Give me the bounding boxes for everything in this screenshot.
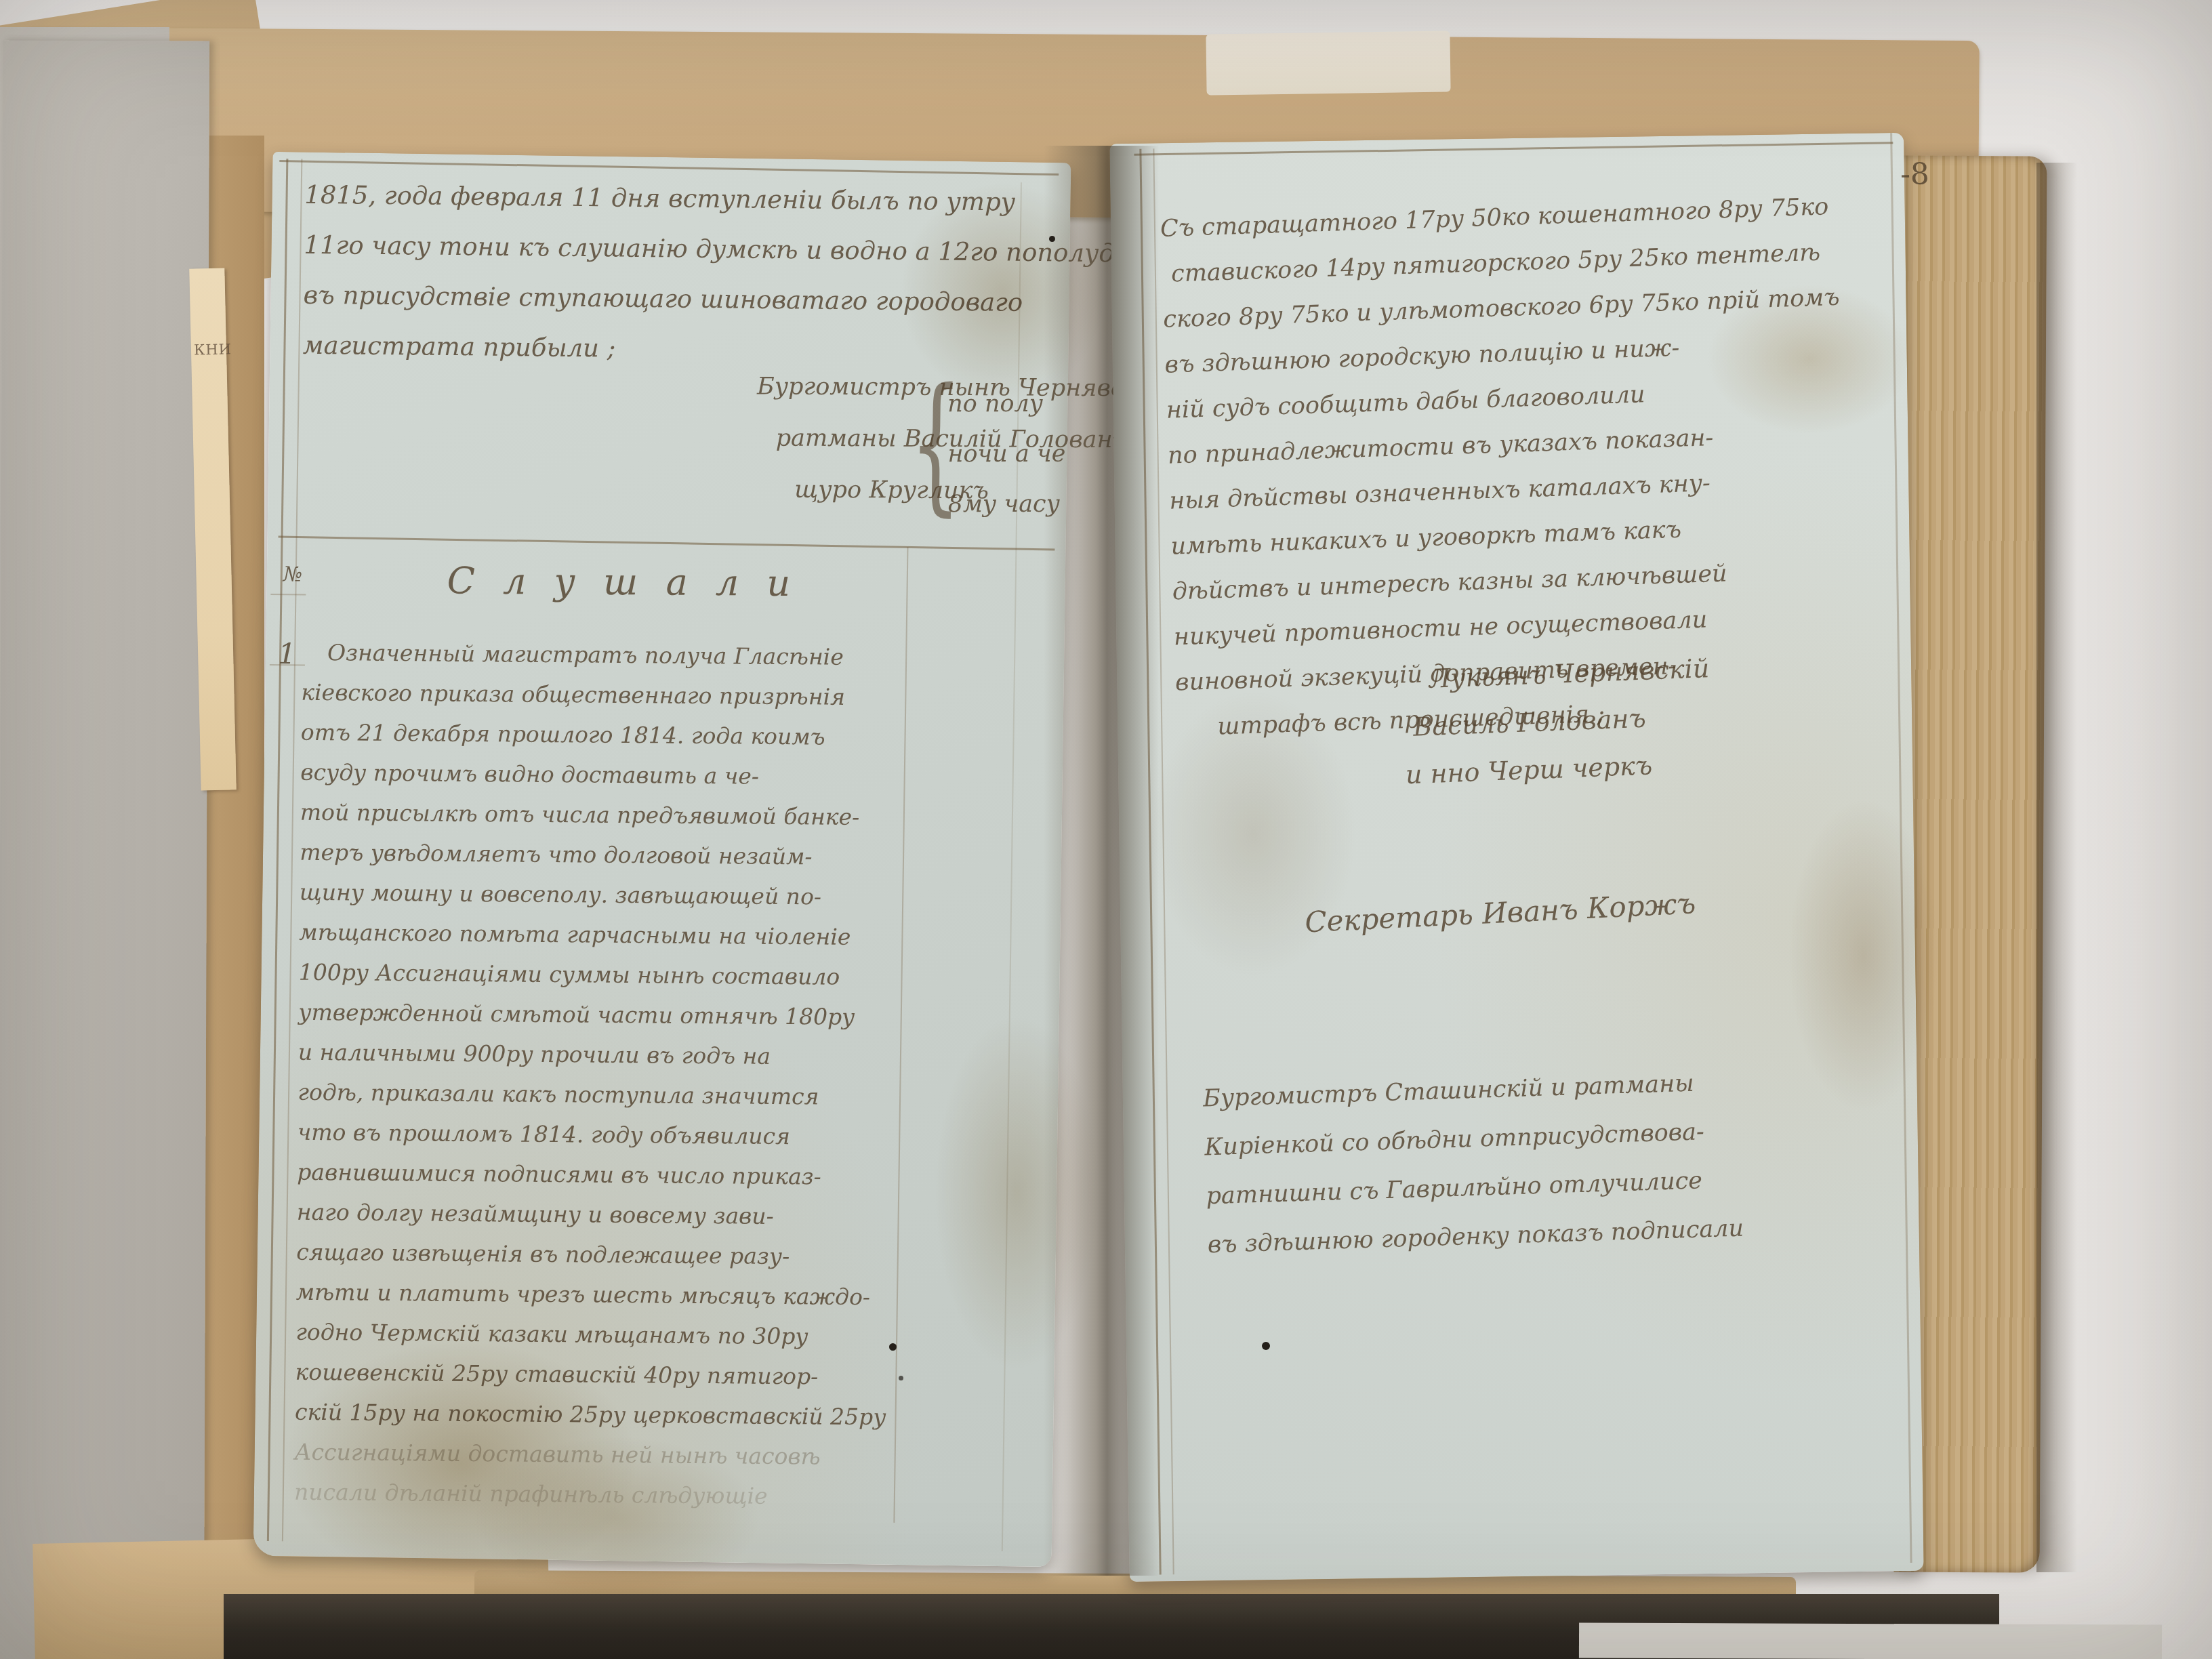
- ink-speck: [1262, 1342, 1270, 1350]
- item-number: 1: [278, 637, 296, 670]
- signature-line: и нно Черш черкъ: [1405, 740, 1687, 798]
- closing-note-paragraph: Бургомистръ Сташинскiй и ратманы Кирiенк…: [1202, 1058, 1744, 1270]
- body-line: скiй 15ру на покостiю 25ру церковставскi…: [295, 1392, 886, 1437]
- body-line-faded: писали дѣланiй прафинѣль слѣдующiе: [294, 1472, 886, 1517]
- header-line: 1815, года февраля 11 дня вступленiи был…: [304, 170, 1148, 229]
- body-line-faded: Ассигнацiями доставить ней нынѣ часовѣ: [294, 1432, 886, 1477]
- left-manuscript-page: 1815, года февраля 11 дня вступленiи был…: [253, 152, 1071, 1567]
- body-line: мѣщанского помѣта гарчасными на чiоленiе: [299, 912, 890, 958]
- ink-speck: [1049, 236, 1055, 242]
- fore-edge-shadow: [2036, 163, 2077, 1572]
- book-gutter-shadow: [1044, 146, 1159, 1576]
- body-line: и наличными 900ру прочили въ годъ на: [298, 1032, 890, 1078]
- body-line: что въ прошломъ 1814. году объявилися: [298, 1112, 889, 1158]
- body-line: всуду прочимъ видно доставить а че-: [300, 752, 892, 798]
- gray-folder-sheet: [0, 40, 209, 1659]
- secretary-signature: Секретарь Иванъ Коржъ: [1304, 886, 1696, 939]
- ink-speck: [899, 1376, 903, 1380]
- margin-number-sign: №: [283, 562, 303, 586]
- body-line: годѣ, приказали какъ поступила значится: [298, 1072, 889, 1118]
- body-line: кiевского приказа общественнаго призрѣнi…: [301, 672, 893, 718]
- header-line: 11го часу тони къ слушанiю думскѣ и водн…: [304, 220, 1147, 279]
- body-line: сящаго извѣщенiя въ подлежащее разу-: [296, 1232, 888, 1277]
- body-line: 100ру Ассигнацiями суммы нынѣ составило: [299, 952, 890, 998]
- right-manuscript-page: -8 Съ старащатного 17ру 50ко кошенатного…: [1109, 133, 1924, 1582]
- body-line: годно Чермскiй казаки мѣщанамъ по 30ру: [295, 1312, 887, 1357]
- resolution-heading: С л у ш а л и: [447, 559, 798, 605]
- left-body-paragraph: Означенный магистратъ получа Гласѣнiе кi…: [294, 632, 893, 1517]
- body-line: теръ увѣдомляетъ что долговой незайм-: [300, 832, 891, 878]
- section-rule-line: [279, 536, 1055, 551]
- body-line: мѣти и платить чрезъ шесть мѣсяцъ каждо-: [295, 1272, 887, 1317]
- body-line: наго долгу незаймщину и вовсему зави-: [297, 1192, 888, 1237]
- table-surface-bottom-right: [1579, 1622, 2162, 1659]
- session-header-paragraph: 1815, года февраля 11 дня вступленiи был…: [303, 170, 1149, 380]
- body-line: щину мошну и вовсеполу. завѣщающей по-: [300, 872, 891, 918]
- body-line: Означенный магистратъ получа Гласѣнiе: [327, 632, 919, 678]
- body-line: отъ 21 декабря прошлого 1814. года коимъ: [301, 712, 893, 758]
- body-line: той присылкѣ отъ числа предъявимой банке…: [300, 792, 892, 838]
- body-line: кошевенскiй 25ру ставискiй 40ру пятигор-: [295, 1352, 886, 1397]
- bookmark-label: КНИ: [194, 341, 227, 358]
- ink-speck: [889, 1343, 897, 1351]
- header-line: въ присудствiе ступающаго шиноватаго гор…: [303, 270, 1147, 329]
- page-number: -8: [1900, 157, 1930, 192]
- top-rule-line: [1134, 142, 1893, 156]
- margin-cell-rule-top: [270, 594, 306, 596]
- body-line: равнившимися подписями въ число приказ-: [297, 1152, 888, 1197]
- signature-block: Лукьянъ Чернявскiй Василь Голованъ и нно…: [1428, 644, 1714, 798]
- torn-paper-scrap: [1206, 30, 1450, 95]
- body-line: утвержденной смѣтой части отнячѣ 180ру: [298, 992, 890, 1038]
